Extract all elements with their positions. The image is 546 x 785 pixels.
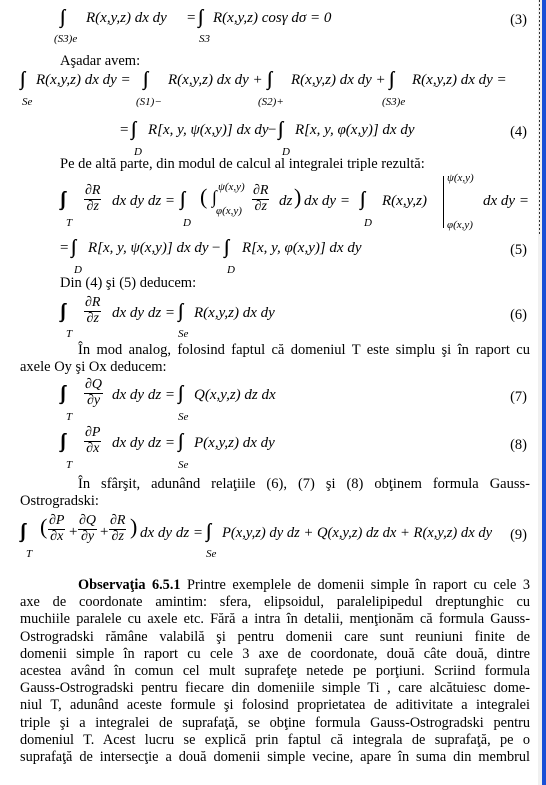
- paragraph-in-sfarsit: În sfârşit, adunând relaţiile (6), (7) ş…: [20, 476, 530, 510]
- page-edge-dashes: [539, 0, 540, 235]
- equation-number: (9): [510, 527, 527, 544]
- observatia-label: Observaţia 6.5.1: [78, 577, 181, 593]
- equation-number: (3): [510, 12, 527, 29]
- document-page: ∫∫ (S3)e R(x,y,z) dx dy = ∫∫ S3 R(x,y,z)…: [0, 0, 541, 785]
- equation-number: (7): [510, 389, 527, 406]
- window-border-right: [542, 0, 546, 785]
- text-pe-de-alta-parte: Pe de altă parte, din modul de calcul al…: [60, 157, 425, 172]
- paragraph-analog: În mod analog, folosind faptul că domeni…: [20, 342, 530, 376]
- text-asadar: Aşadar avem:: [60, 54, 140, 69]
- text-din-4-si-5: Din (4) şi (5) deducem:: [60, 276, 196, 291]
- paragraph-observatia: Observaţia 6.5.1 Printre exemplele de do…: [20, 577, 530, 766]
- equation-number: (8): [510, 437, 527, 454]
- equation-number: (5): [510, 242, 527, 259]
- equation-number: (4): [510, 124, 527, 141]
- evaluation-bar: [443, 176, 444, 228]
- equation-number: (6): [510, 307, 527, 324]
